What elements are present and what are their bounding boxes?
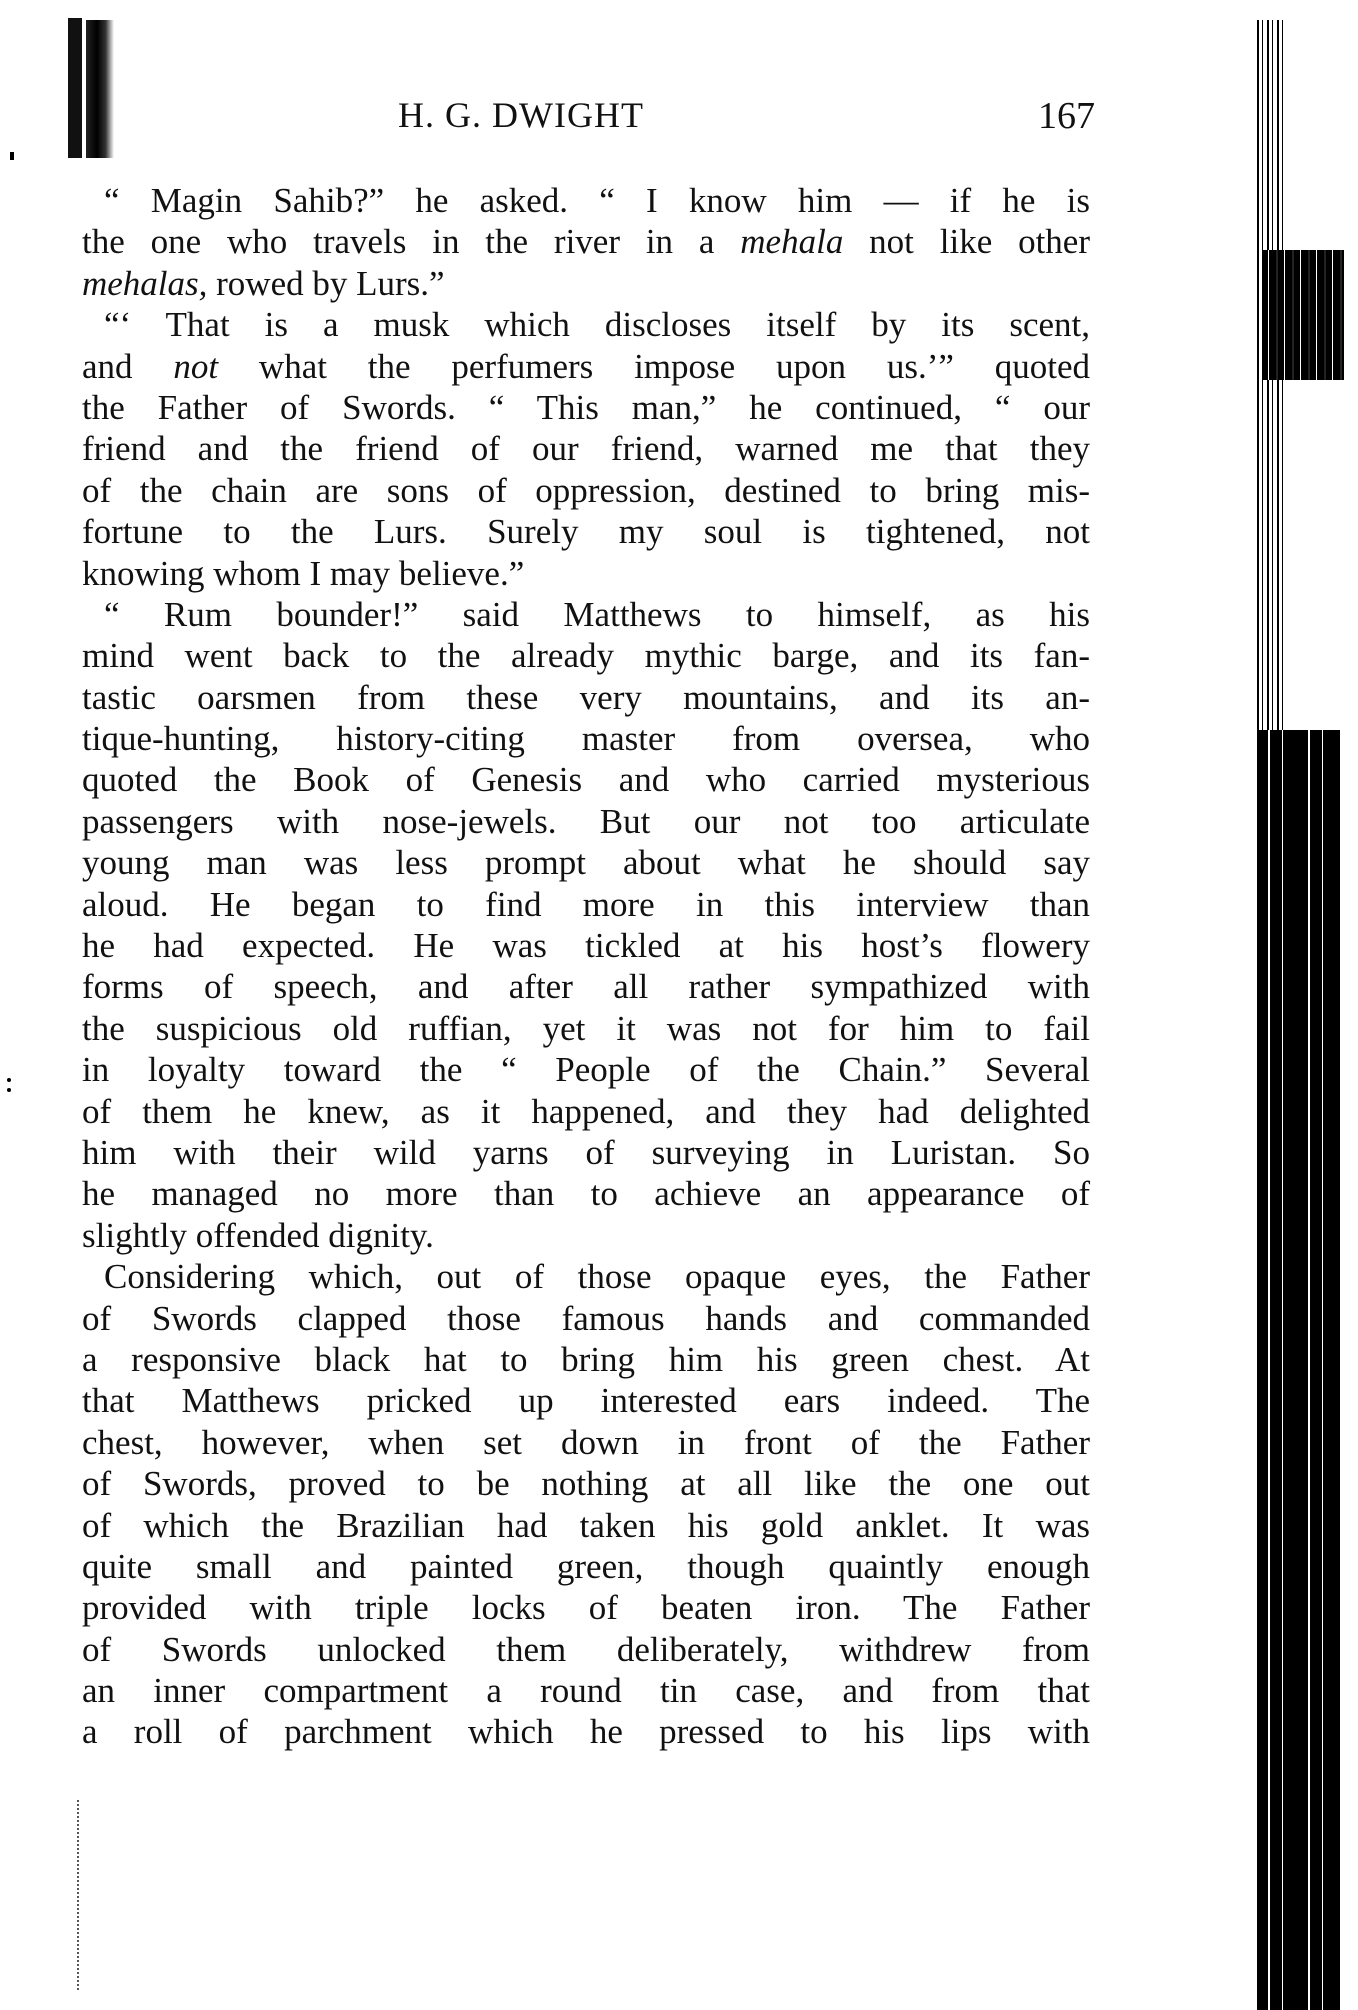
margin-mark	[7, 1078, 10, 1092]
text-line: an inner compartment a round tin case, a…	[82, 1670, 1090, 1711]
left-gutter-dotted-line	[77, 1800, 79, 1990]
italic-term: mehala	[740, 222, 843, 261]
text-line: of the chain are sons of oppression, des…	[82, 470, 1090, 511]
text-segment: what the perfumers impose upon us.’” quo…	[218, 347, 1090, 386]
right-page-stack-upper	[1262, 250, 1344, 380]
text-line: of Swords, proved to be nothing at all l…	[82, 1463, 1090, 1504]
text-line: “ Magin Sahib?” he asked. “ I know him —…	[82, 180, 1090, 221]
text-line: of which the Brazilian had taken his gol…	[82, 1505, 1090, 1546]
text-line: chest, however, when set down in front o…	[82, 1422, 1090, 1463]
page-number: 167	[1038, 94, 1095, 138]
text-line: he had expected. He was tickled at his h…	[82, 925, 1090, 966]
body-text: “ Magin Sahib?” he asked. “ I know him —…	[82, 180, 1090, 1753]
text-line: forms of speech, and after all rather sy…	[82, 966, 1090, 1007]
text-line: aloud. He began to find more in this int…	[82, 884, 1090, 925]
text-line: him with their wild yarns of surveying i…	[82, 1132, 1090, 1173]
text-line: “ Rum bounder!” said Matthews to himself…	[82, 594, 1090, 635]
text-line: friend and the friend of our friend, war…	[82, 428, 1090, 469]
book-page: H. G. DWIGHT 167 “ Magin Sahib?” he aske…	[0, 0, 1358, 2010]
left-binding-mark	[68, 18, 82, 158]
text-line: fortune to the Lurs. Surely my soul is t…	[82, 511, 1090, 552]
text-line: the one who travels in the river in a me…	[82, 221, 1090, 262]
text-line: of Swords unlocked them deliberately, wi…	[82, 1629, 1090, 1670]
margin-speck	[10, 152, 14, 160]
text-line: passengers with nose-jewels. But our not…	[82, 801, 1090, 842]
text-segment: rowed by Lurs.”	[207, 264, 444, 303]
text-line: and not what the perfumers impose upon u…	[82, 346, 1090, 387]
text-line: of Swords clapped those famous hands and…	[82, 1298, 1090, 1339]
text-line: that Matthews pricked up interested ears…	[82, 1380, 1090, 1421]
text-line: “‘ That is a musk which discloses itself…	[82, 304, 1090, 345]
left-binding-shadow	[86, 20, 114, 158]
text-line: a roll of parchment which he pressed to …	[82, 1711, 1090, 1752]
text-segment: and	[82, 347, 173, 386]
text-line: quoted the Book of Genesis and who carri…	[82, 759, 1090, 800]
text-line: tastic oarsmen from these very mountains…	[82, 677, 1090, 718]
running-head: H. G. DWIGHT	[398, 94, 644, 136]
text-line: in loyalty toward the “ People of the Ch…	[82, 1049, 1090, 1090]
text-line: he managed no more than to achieve an ap…	[82, 1173, 1090, 1214]
text-line: quite small and painted green, though qu…	[82, 1546, 1090, 1587]
text-line: knowing whom I may believe.”	[82, 553, 1090, 594]
text-line: tique-hunting, history-citing master fro…	[82, 718, 1090, 759]
text-line: provided with triple locks of beaten iro…	[82, 1587, 1090, 1628]
text-line: of them he knew, as it happened, and the…	[82, 1091, 1090, 1132]
right-page-stack-lower	[1258, 730, 1340, 2010]
text-line: Considering which, out of those opaque e…	[82, 1256, 1090, 1297]
text-line: mehalas, rowed by Lurs.”	[82, 263, 1090, 304]
text-segment: not like other	[843, 222, 1090, 261]
text-line: the Father of Swords. “ This man,” he co…	[82, 387, 1090, 428]
text-line: slightly offended dignity.	[82, 1215, 1090, 1256]
text-line: a responsive black hat to bring him his …	[82, 1339, 1090, 1380]
text-segment: the one who travels in the river in a	[82, 222, 740, 261]
italic-term: mehalas,	[82, 264, 207, 303]
text-line: mind went back to the already mythic bar…	[82, 635, 1090, 676]
italic-term: not	[173, 347, 218, 386]
text-line: young man was less prompt about what he …	[82, 842, 1090, 883]
text-line: the suspicious old ruffian, yet it was n…	[82, 1008, 1090, 1049]
